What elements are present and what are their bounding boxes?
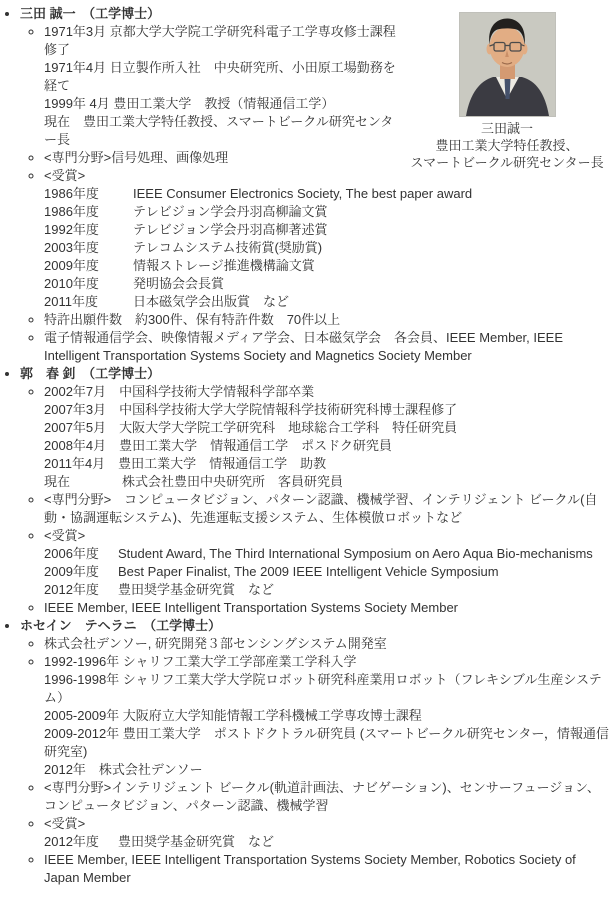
awards-header: <受賞> bbox=[44, 815, 609, 833]
person-entry: ホセイン テヘラニ （工学博士）株式会社デンソー, 研究開発３部センシングシステ… bbox=[20, 617, 609, 887]
award-title: 豊田奨学基金研究賞 など bbox=[118, 582, 274, 597]
profile-item-text: 株式会社デンソー, 研究開発３部センシングシステム開発室 bbox=[44, 635, 609, 653]
career-line: 2007年5月 大阪大学大学院工学研究科 地球総合工学科 特任研究員 bbox=[44, 419, 609, 437]
award-title: テレビジョン学会丹羽高柳著述賞 bbox=[133, 222, 327, 237]
profile-item-text: <専門分野> コンピュータビジョン、パターン認識、機械学習、インテリジェント ビ… bbox=[44, 491, 609, 527]
portrait-photo bbox=[460, 13, 555, 116]
award-title: Best Paper Finalist, The 2009 IEEE Intel… bbox=[118, 564, 499, 579]
award-line: 2012年度豊田奨学基金研究賞 など bbox=[44, 581, 609, 599]
award-year: 2012年度 bbox=[44, 833, 118, 851]
portrait-caption: 三田誠一 豊田工業大学特任教授、 スマートビークル研究センター長 bbox=[407, 120, 607, 171]
award-year: 2009年度 bbox=[44, 257, 133, 275]
tie-shape bbox=[504, 79, 510, 100]
profile-item-text: IEEE Member, IEEE Intelligent Transporta… bbox=[44, 851, 609, 887]
profile-item-text: <専門分野>インテリジェント ビークル(軌道計画法、ナビゲーション)、センサーフ… bbox=[44, 779, 609, 815]
career-line: 2012年 株式会社デンソー bbox=[44, 761, 609, 779]
career-line: 2007年3月 中国科学技術大学大学院情報科学技術研究科博士課程修了 bbox=[44, 401, 609, 419]
award-year: 1986年度 bbox=[44, 185, 133, 203]
award-title: テレビジョン学会丹羽高柳論文賞 bbox=[133, 204, 327, 219]
award-title: 日本磁気学会出版賞 など bbox=[133, 294, 289, 309]
award-title: テレコムシステム技術賞(奨励賞) bbox=[133, 240, 322, 255]
award-line: 1986年度IEEE Consumer Electronics Society,… bbox=[44, 185, 609, 203]
portrait-caption-name: 三田誠一 bbox=[407, 120, 607, 137]
award-title: 発明協会会長賞 bbox=[133, 276, 224, 291]
award-line: 2011年度日本磁気学会出版賞 など bbox=[44, 293, 609, 311]
award-title: 情報ストレージ推進機構論文賞 bbox=[133, 258, 315, 273]
profile-item-awards: <受賞>2012年度豊田奨学基金研究賞 など bbox=[44, 815, 609, 851]
profile-item-awards: <受賞>1986年度IEEE Consumer Electronics Soci… bbox=[44, 167, 609, 311]
profile-item-awards: <受賞>2006年度Student Award, The Third Inter… bbox=[44, 527, 609, 599]
person-detail-list: 株式会社デンソー, 研究開発３部センシングシステム開発室1992-1996年 シ… bbox=[20, 635, 609, 887]
profile-item-text: IEEE Member, IEEE Intelligent Transporta… bbox=[44, 599, 609, 617]
awards-header: <受賞> bbox=[44, 527, 609, 545]
award-line: 1986年度テレビジョン学会丹羽高柳論文賞 bbox=[44, 203, 609, 221]
profile-item-text: 電子情報通信学会、映像情報メディア学会、日本磁気学会 各会員、IEEE Memb… bbox=[44, 329, 609, 365]
award-year: 1986年度 bbox=[44, 203, 133, 221]
award-year: 2010年度 bbox=[44, 275, 133, 293]
career-line: 2008年4月 豊田工業大学 情報通信工学 ポスドク研究員 bbox=[44, 437, 609, 455]
profile-item-career: 1992-1996年 シャリフ工業大学工学部産業工学科入学1996-1998年 … bbox=[44, 653, 609, 779]
career-line: 1996-1998年 シャリフ工業大学大学院ロボット研究科産業用ロボット（フレキ… bbox=[44, 671, 609, 707]
profile-item-career: 2002年7月 中国科学技術大学情報科学部卒業2007年3月 中国科学技術大学大… bbox=[44, 383, 609, 491]
award-year: 2009年度 bbox=[44, 563, 118, 581]
career-line: 現在 株式会社豊田中央研究所 客員研究員 bbox=[44, 473, 609, 491]
career-line: 2002年7月 中国科学技術大学情報科学部卒業 bbox=[44, 383, 609, 401]
person-entry: 郭 春 釗 （工学博士）2002年7月 中国科学技術大学情報科学部卒業2007年… bbox=[20, 365, 609, 617]
award-line: 2010年度発明協会会長賞 bbox=[44, 275, 609, 293]
award-year: 2003年度 bbox=[44, 239, 133, 257]
face-shape bbox=[489, 27, 524, 67]
person-name: 郭 春 釗 （工学博士） bbox=[20, 365, 609, 383]
award-line: 1992年度テレビジョン学会丹羽高柳著述賞 bbox=[44, 221, 609, 239]
career-line: 1992-1996年 シャリフ工業大学工学部産業工学科入学 bbox=[44, 653, 609, 671]
award-line: 2009年度情報ストレージ推進機構論文賞 bbox=[44, 257, 609, 275]
award-line: 2003年度テレコムシステム技術賞(奨励賞) bbox=[44, 239, 609, 257]
career-line: 2009-2012年 豊田工業大学 ポストドクトラル研究員 (スマートビークル研… bbox=[44, 725, 609, 761]
award-year: 2006年度 bbox=[44, 545, 118, 563]
award-line: 2012年度豊田奨学基金研究賞 など bbox=[44, 833, 609, 851]
portrait-figure: 三田誠一 豊田工業大学特任教授、 スマートビークル研究センター長 bbox=[407, 13, 607, 171]
award-year: 1992年度 bbox=[44, 221, 133, 239]
person-name: ホセイン テヘラニ （工学博士） bbox=[20, 617, 609, 635]
award-year: 2012年度 bbox=[44, 581, 118, 599]
person-detail-list: 2002年7月 中国科学技術大学情報科学部卒業2007年3月 中国科学技術大学大… bbox=[20, 383, 609, 617]
portrait-caption-role: スマートビークル研究センター長 bbox=[407, 154, 607, 171]
career-line: 2011年4月 豊田工業大学 情報通信工学 助教 bbox=[44, 455, 609, 473]
profile-item-text: 特許出願件数 約300件、保有特許件数 70件以上 bbox=[44, 311, 609, 329]
career-line: 2005-2009年 大阪府立大学知能情報工学科機械工学専攻博士課程 bbox=[44, 707, 609, 725]
award-line: 2006年度Student Award, The Third Internati… bbox=[44, 545, 609, 563]
award-year: 2011年度 bbox=[44, 293, 133, 311]
portrait-caption-title: 豊田工業大学特任教授、 bbox=[407, 137, 607, 154]
award-title: 豊田奨学基金研究賞 など bbox=[118, 834, 274, 849]
award-line: 2009年度Best Paper Finalist, The 2009 IEEE… bbox=[44, 563, 609, 581]
award-title: IEEE Consumer Electronics Society, The b… bbox=[133, 186, 472, 201]
faculty-profile-page: 三田誠一 豊田工業大学特任教授、 スマートビークル研究センター長 三田 誠一 （… bbox=[0, 0, 609, 914]
award-title: Student Award, The Third International S… bbox=[118, 546, 593, 561]
